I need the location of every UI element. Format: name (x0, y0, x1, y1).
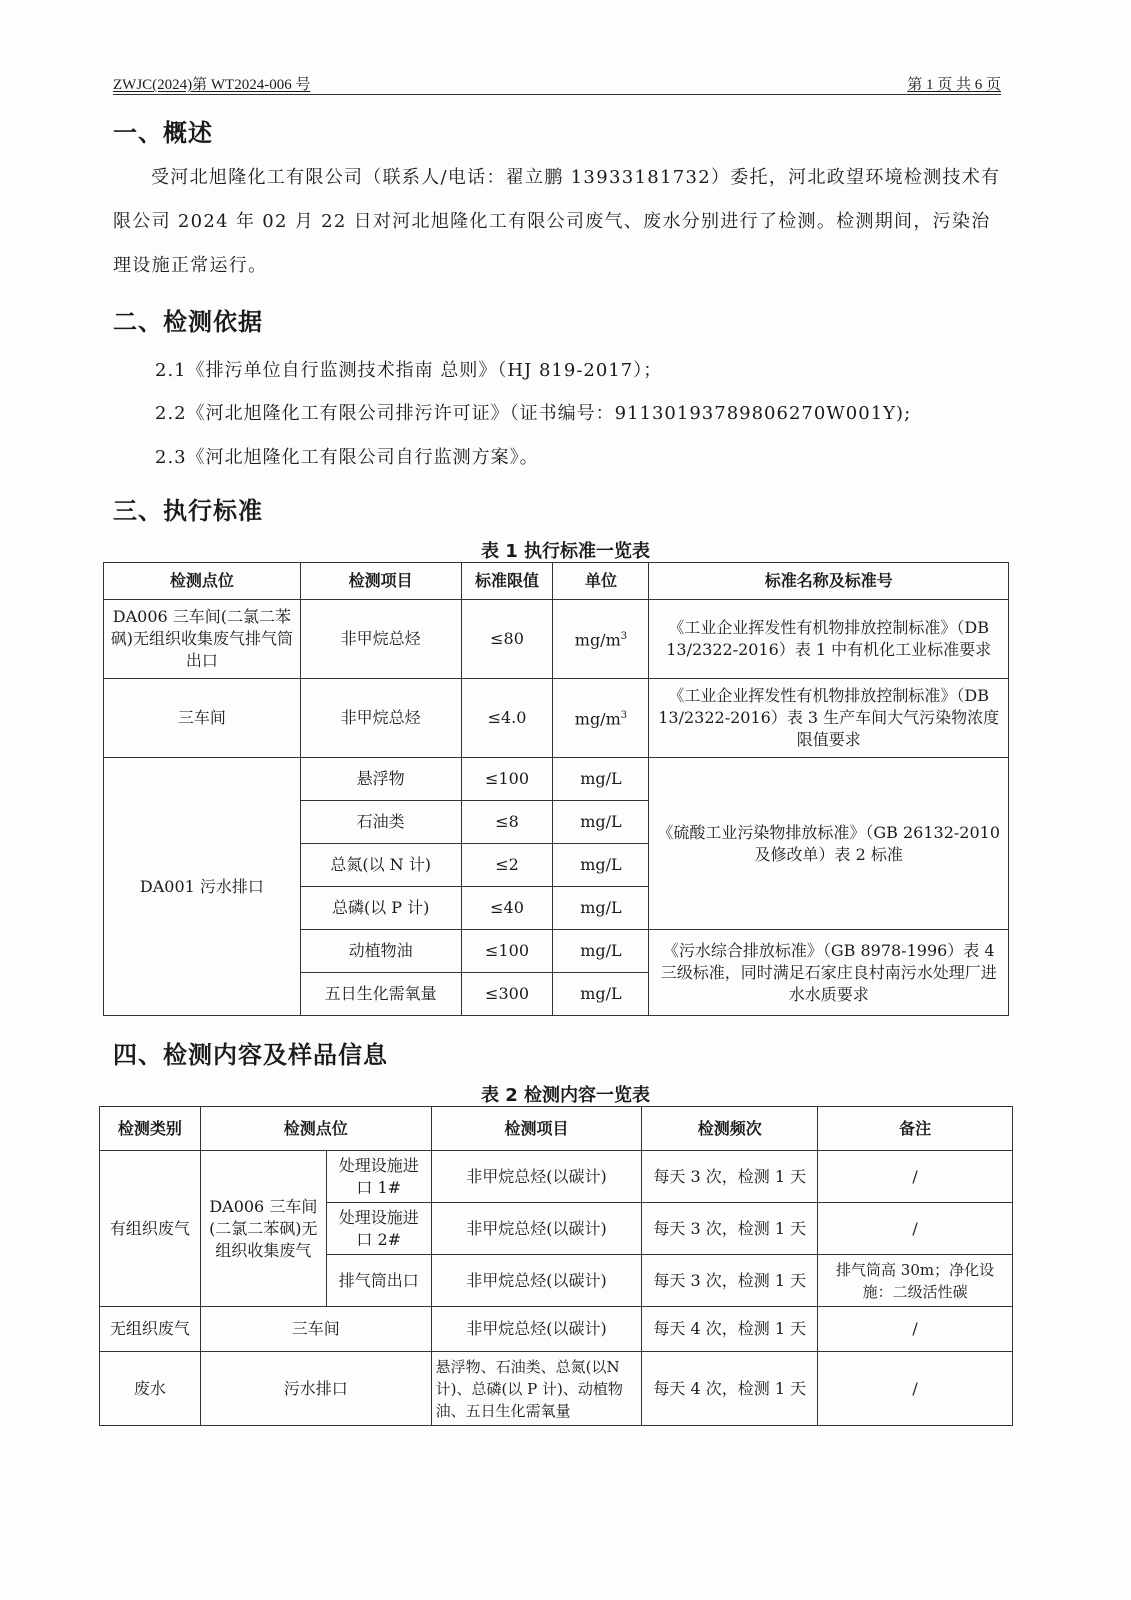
category-cell: 废水 (100, 1352, 201, 1426)
item-cell: 悬浮物、石油类、总氮(以N 计)、总磷(以 P 计)、动植物油、五日生化需氧量 (431, 1352, 642, 1426)
header-cell: 检测点位 (104, 563, 301, 600)
table-row: 三车间 非甲烷总烃 ≤4.0 mg/m3 《工业企业挥发性有机物排放控制标准》（… (104, 679, 1009, 758)
site-cell: 污水排口 (200, 1352, 431, 1426)
limit-cell: ≤300 (461, 973, 553, 1016)
standards-table: 检测点位 检测项目 标准限值 单位 标准名称及标准号 DA006 三车间(二氯二… (103, 562, 1009, 1016)
item-cell: 石油类 (300, 801, 461, 844)
item-cell: 非甲烷总烃 (300, 600, 461, 679)
subsite-cell: 处理设施进口 2# (326, 1203, 431, 1255)
unit-text: mg/m (575, 631, 621, 650)
table-row: DA001 污水排口 悬浮物 ≤100 mg/L 《硫酸工业污染物排放标准》（G… (104, 758, 1009, 801)
item-cell: 悬浮物 (300, 758, 461, 801)
unit-cell: mg/L (553, 930, 649, 973)
document-page: ZWJC(2024)第 WT2024-006 号 第 1 页 共 6 页 一、概… (0, 0, 1131, 1600)
frequency-cell: 每天 3 次，检测 1 天 (642, 1255, 818, 1307)
note-cell: / (818, 1151, 1013, 1203)
limit-cell: ≤40 (461, 887, 553, 930)
table-row: 废水 污水排口 悬浮物、石油类、总氮(以N 计)、总磷(以 P 计)、动植物油、… (100, 1352, 1013, 1426)
note-cell: / (818, 1352, 1013, 1426)
header-cell: 检测项目 (431, 1107, 642, 1151)
limit-cell: ≤100 (461, 758, 553, 801)
limit-cell: ≤4.0 (461, 679, 553, 758)
section-title-overview: 一、概述 (113, 113, 213, 148)
header-cell: 备注 (818, 1107, 1013, 1151)
site-cell: 三车间 (200, 1307, 431, 1352)
header-cell: 标准限值 (461, 563, 553, 600)
unit-cell: mg/L (553, 844, 649, 887)
table-header-row: 检测类别 检测点位 检测项目 检测频次 备注 (100, 1107, 1013, 1151)
unit-cell: mg/L (553, 801, 649, 844)
standard-cell: 《工业企业挥发性有机物排放控制标准》（DB 13/2322-2016）表 3 生… (649, 679, 1009, 758)
header-cell: 检测项目 (300, 563, 461, 600)
standard-cell: 《污水综合排放标准》（GB 8978-1996）表 4 三级标准，同时满足石家庄… (649, 930, 1009, 1016)
unit-cell: mg/L (553, 758, 649, 801)
frequency-cell: 每天 4 次，检测 1 天 (642, 1307, 818, 1352)
limit-cell: ≤8 (461, 801, 553, 844)
table-row: 无组织废气 三车间 非甲烷总烃(以碳计) 每天 4 次，检测 1 天 / (100, 1307, 1013, 1352)
table-header-row: 检测点位 检测项目 标准限值 单位 标准名称及标准号 (104, 563, 1009, 600)
table2-caption: 表 2 检测内容一览表 (0, 1081, 1131, 1107)
frequency-cell: 每天 3 次，检测 1 天 (642, 1203, 818, 1255)
overview-paragraph: 受河北旭隆化工有限公司（联系人/电话：翟立鹏 13933181732）委托，河北… (113, 156, 1003, 288)
header-cell: 单位 (553, 563, 649, 600)
limit-cell: ≤100 (461, 930, 553, 973)
note-cell: / (818, 1307, 1013, 1352)
header-cell: 检测频次 (642, 1107, 818, 1151)
site-cell: 三车间 (104, 679, 301, 758)
limit-cell: ≤2 (461, 844, 553, 887)
section-title-standards: 三、执行标准 (113, 491, 263, 526)
unit-cell: mg/m3 (553, 679, 649, 758)
content-table: 检测类别 检测点位 检测项目 检测频次 备注 有组织废气 DA006 三车间(二… (99, 1106, 1013, 1426)
table1-caption: 表 1 执行标准一览表 (0, 537, 1131, 563)
unit-text: mg/m (575, 710, 621, 729)
item-cell: 非甲烷总烃(以碳计) (431, 1307, 642, 1352)
subsite-cell: 排气筒出口 (326, 1255, 431, 1307)
item-cell: 非甲烷总烃(以碳计) (431, 1151, 642, 1203)
item-cell: 非甲烷总烃(以碳计) (431, 1255, 642, 1307)
standard-cell: 《硫酸工业污染物排放标准》（GB 26132-2010 及修改单）表 2 标准 (649, 758, 1009, 930)
unit-cell: mg/L (553, 973, 649, 1016)
item-cell: 总磷(以 P 计) (300, 887, 461, 930)
site-cell: DA006 三车间(二氯二苯砜)无组织收集废气排气筒出口 (104, 600, 301, 679)
basis-ref-3: 2.3《河北旭隆化工有限公司自行监测方案》。 (155, 443, 539, 469)
site-cell: DA001 污水排口 (104, 758, 301, 1016)
page-header: ZWJC(2024)第 WT2024-006 号 第 1 页 共 6 页 (113, 72, 1001, 95)
category-cell: 有组织废气 (100, 1151, 201, 1307)
header-cell: 标准名称及标准号 (649, 563, 1009, 600)
item-cell: 非甲烷总烃 (300, 679, 461, 758)
header-cell: 检测类别 (100, 1107, 201, 1151)
header-cell: 检测点位 (200, 1107, 431, 1151)
doc-number: ZWJC(2024)第 WT2024-006 号 (113, 73, 310, 94)
site-cell: DA006 三车间(二氯二苯砜)无组织收集废气 (200, 1151, 326, 1307)
standard-cell: 《工业企业挥发性有机物排放控制标准》（DB 13/2322-2016）表 1 中… (649, 600, 1009, 679)
table-row: DA006 三车间(二氯二苯砜)无组织收集废气排气筒出口 非甲烷总烃 ≤80 m… (104, 600, 1009, 679)
unit-cell: mg/m3 (553, 600, 649, 679)
basis-ref-2: 2.2《河北旭隆化工有限公司排污许可证》（证书编号：91130193789806… (155, 399, 911, 425)
item-cell: 总氮(以 N 计) (300, 844, 461, 887)
section-title-content: 四、检测内容及样品信息 (113, 1035, 388, 1070)
page-info: 第 1 页 共 6 页 (907, 73, 1001, 94)
table-row: 有组织废气 DA006 三车间(二氯二苯砜)无组织收集废气 处理设施进口 1# … (100, 1151, 1013, 1203)
note-cell: / (818, 1203, 1013, 1255)
item-cell: 非甲烷总烃(以碳计) (431, 1203, 642, 1255)
unit-superscript: 3 (621, 631, 627, 642)
frequency-cell: 每天 3 次，检测 1 天 (642, 1151, 818, 1203)
basis-ref-1: 2.1《排污单位自行监测技术指南 总则》（HJ 819-2017）； (155, 356, 662, 382)
item-cell: 五日生化需氧量 (300, 973, 461, 1016)
unit-superscript: 3 (621, 710, 627, 721)
frequency-cell: 每天 4 次，检测 1 天 (642, 1352, 818, 1426)
item-cell: 动植物油 (300, 930, 461, 973)
subsite-cell: 处理设施进口 1# (326, 1151, 431, 1203)
category-cell: 无组织废气 (100, 1307, 201, 1352)
limit-cell: ≤80 (461, 600, 553, 679)
note-cell: 排气筒高 30m；净化设施：二级活性碳 (818, 1255, 1013, 1307)
unit-cell: mg/L (553, 887, 649, 930)
section-title-basis: 二、检测依据 (113, 302, 263, 337)
